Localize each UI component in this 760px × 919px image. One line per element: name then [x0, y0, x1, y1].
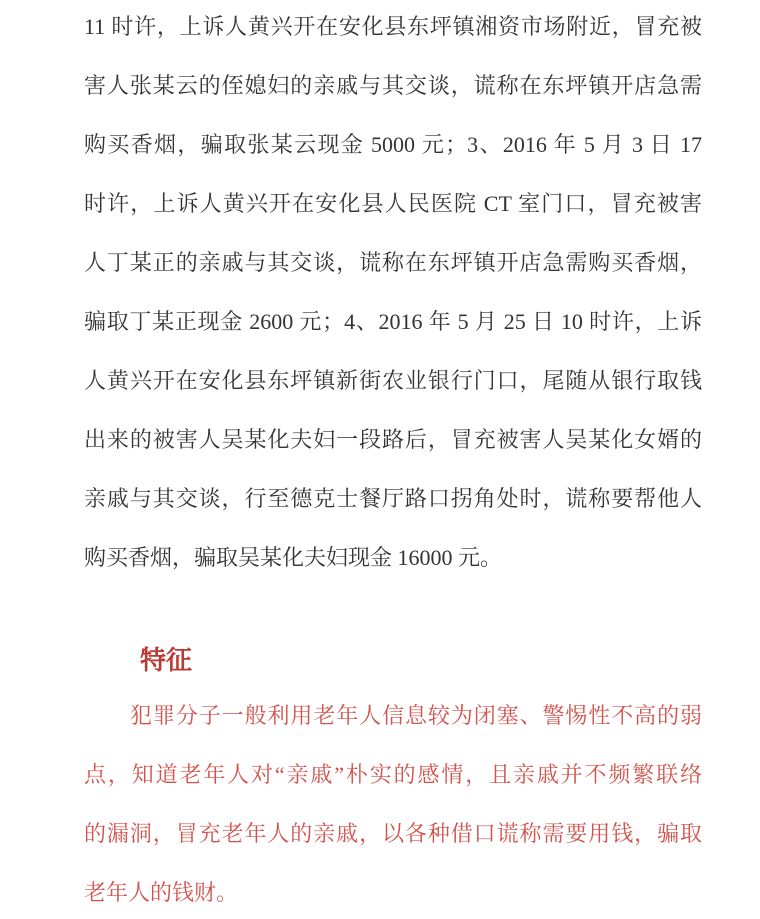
text-line: 亲戚与其交谈，行至德克士餐厅路口拐角处时，谎称要帮他人: [84, 469, 702, 528]
text-line: 11 时许，上诉人黄兴开在安化县东坪镇湘资市场附近，冒充被: [84, 0, 702, 56]
section-heading: 特征: [140, 643, 192, 679]
text-line: 骗取丁某正现金 2600 元；4、2016 年 5 月 25 日 10 时许，上…: [84, 292, 702, 351]
text-line: 的漏洞，冒充老年人的亲戚，以各种借口谎称需要用钱，骗取: [84, 804, 702, 863]
text-line: 出来的被害人吴某化夫妇一段路后，冒充被害人吴某化女婿的: [84, 410, 702, 469]
text-line: 犯罪分子一般利用老年人信息较为闭塞、警惕性不高的弱: [84, 686, 702, 745]
characteristics-paragraph: 犯罪分子一般利用老年人信息较为闭塞、警惕性不高的弱点，知道老年人对“亲戚”朴实的…: [84, 686, 702, 919]
text-line: 害人张某云的侄媳妇的亲戚与其交谈，谎称在东坪镇开店急需: [84, 56, 702, 115]
text-line: 时许，上诉人黄兴开在安化县人民医院 CT 室门口，冒充被害: [84, 174, 702, 233]
text-line: 购买香烟，骗取吴某化夫妇现金 16000 元。: [84, 528, 702, 587]
text-line: 老年人的钱财。: [84, 863, 702, 919]
case-facts-paragraph: 11 时许，上诉人黄兴开在安化县东坪镇湘资市场附近，冒充被害人张某云的侄媳妇的亲…: [84, 0, 702, 587]
text-line: 人丁某正的亲戚与其交谈，谎称在东坪镇开店急需购买香烟，: [84, 233, 702, 292]
document-page: 11 时许，上诉人黄兴开在安化县东坪镇湘资市场附近，冒充被害人张某云的侄媳妇的亲…: [0, 0, 760, 919]
text-line: 点，知道老年人对“亲戚”朴实的感情，且亲戚并不频繁联络: [84, 745, 702, 804]
text-line: 人黄兴开在安化县东坪镇新街农业银行门口，尾随从银行取钱: [84, 351, 702, 410]
text-line: 购买香烟，骗取张某云现金 5000 元；3、2016 年 5 月 3 日 17: [84, 115, 702, 174]
